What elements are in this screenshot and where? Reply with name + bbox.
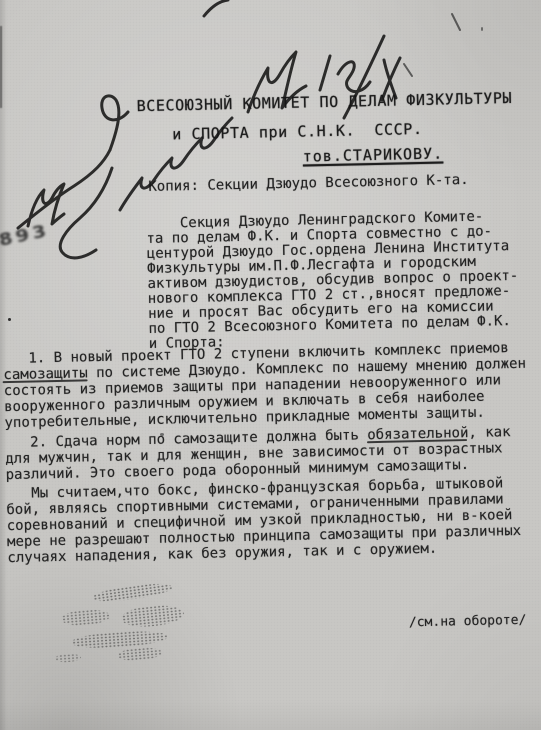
ink-speck <box>8 318 11 321</box>
committee-header-line1: ВСЕСОЮЗНЫЙ КОМИТЕТ ПО ДЕЛАМ ФИЗКУЛЬТУРЫ <box>136 89 512 115</box>
point-2-paragraph: 2. Сдача норм по самозащите должна быть … <box>5 424 512 483</box>
point-1-paragraph: 1. В новый проект ГТО 2 ступени включить… <box>3 340 527 431</box>
ink-speck <box>481 27 483 31</box>
document-photo: ВСЕСОЮЗНЫЙ КОМИТЕТ ПО ДЕЛАМ ФИЗКУЛЬТУРЫ … <box>0 0 541 730</box>
photo-edge-shadow <box>0 26 2 108</box>
intro-paragraph: Секция Дзюудо Ленинградского Комите- та … <box>146 209 520 352</box>
addressee-line: тов.СТАРИКОВУ. <box>303 144 444 165</box>
copy-line: Копия: Секции Дзюудо Всесоюзного К-та. <box>148 172 469 195</box>
ink-speck <box>160 433 164 436</box>
committee-header-line2: и СПОРТА при С.Н.К. СССР. <box>172 120 423 143</box>
verso-note: /см.на обороте/ <box>409 613 527 631</box>
closing-paragraph: Мы считаем,что бокс, финско-французская … <box>6 475 522 566</box>
